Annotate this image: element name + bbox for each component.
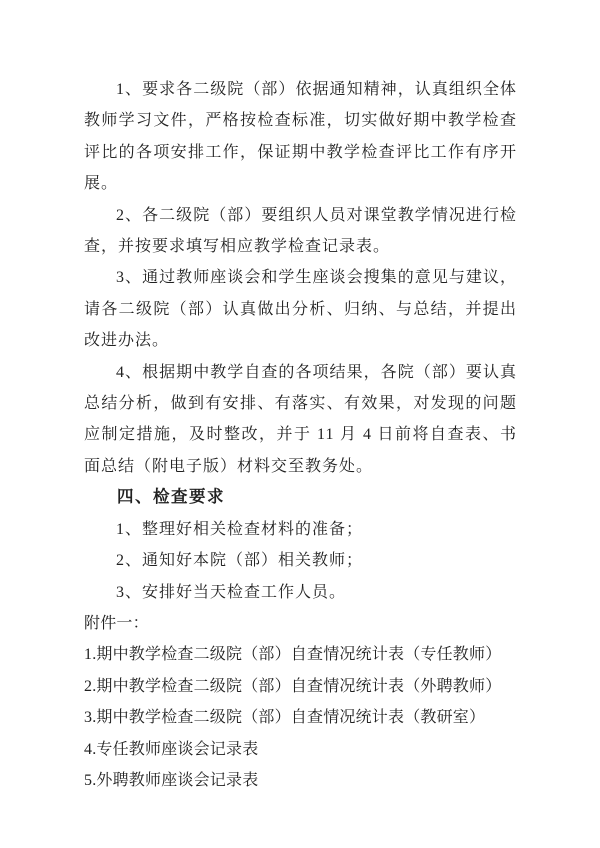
requirement-item-2: 2、通知好本院（部）相关教师；: [84, 545, 517, 576]
attachment-item-1: 1.期中教学检查二级院（部）自查情况统计表（专任教师）: [84, 639, 517, 670]
attachment-item-5: 5.外聘教师座谈会记录表: [84, 765, 517, 796]
body-paragraph-2: 2、各二级院（部）要组织人员对课堂教学情况进行检查，并按要求填写相应教学检查记录…: [84, 200, 517, 263]
attachment-item-2: 2.期中教学检查二级院（部）自查情况统计表（外聘教师）: [84, 671, 517, 702]
document-page: 1、要求各二级院（部）依据通知精神，认真组织全体教师学习文件，严格按检查标准，切…: [0, 0, 600, 848]
requirement-item-3: 3、安排好当天检查工作人员。: [84, 577, 517, 608]
requirement-item-1: 1、整理好相关检查材料的准备；: [84, 514, 517, 545]
section-heading-inspection-requirements: 四、检查要求: [84, 482, 517, 513]
attachment-item-3: 3.期中教学检查二级院（部）自查情况统计表（教研室）: [84, 702, 517, 733]
body-paragraph-1: 1、要求各二级院（部）依据通知精神，认真组织全体教师学习文件，严格按检查标准，切…: [84, 74, 517, 200]
attachment-item-4: 4.专任教师座谈会记录表: [84, 734, 517, 765]
body-paragraph-3: 3、通过教师座谈会和学生座谈会搜集的意见与建议，请各二级院（部）认真做出分析、归…: [84, 262, 517, 356]
body-paragraph-4: 4、根据期中教学自查的各项结果，各院（部）要认真总结分析，做到有安排、有落实、有…: [84, 357, 517, 483]
document-content: 1、要求各二级院（部）依据通知精神，认真组织全体教师学习文件，严格按检查标准，切…: [84, 74, 517, 796]
attachment-label: 附件一：: [84, 608, 517, 639]
